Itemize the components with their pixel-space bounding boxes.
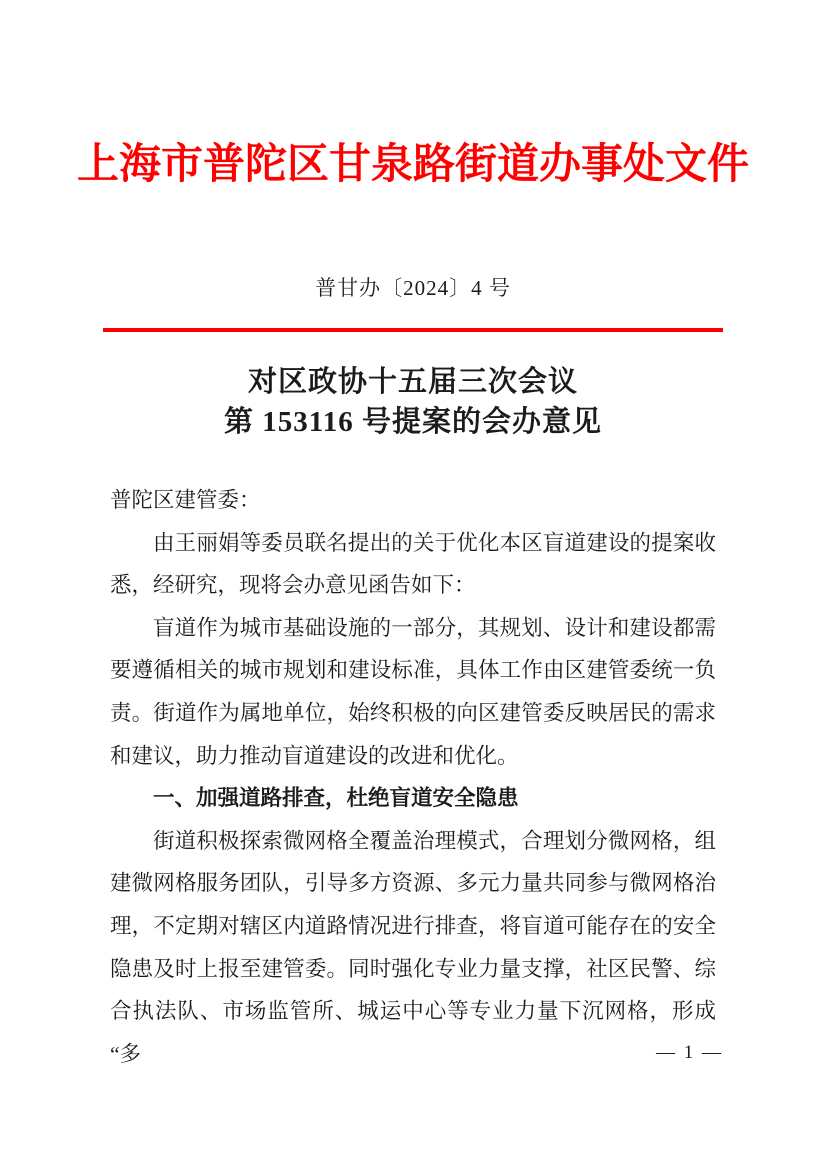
document-body: 普陀区建管委： 由王丽娟等委员联名提出的关于优化本区盲道建设的提案收悉，经研究，… <box>110 479 716 1075</box>
section-1-heading: 一、加强道路排查，杜绝盲道安全隐患 <box>110 777 716 820</box>
paragraph-background: 盲道作为城市基础设施的一部分，其规划、设计和建设都需要遵循相关的城市规划和建设标… <box>110 607 716 777</box>
document-title-line2: 第 153116 号提案的会办意见 <box>0 402 826 442</box>
letterhead-red-rule <box>103 328 723 332</box>
salutation: 普陀区建管委： <box>110 479 716 522</box>
document-reference-number: 普甘办〔2024〕4 号 <box>0 274 826 302</box>
document-page: 上海市普陀区甘泉路街道办事处文件 普甘办〔2024〕4 号 对区政协十五届三次会… <box>0 0 826 1169</box>
paragraph-intro: 由王丽娟等委员联名提出的关于优化本区盲道建设的提案收悉，经研究，现将会办意见函告… <box>110 522 716 607</box>
letterhead-org-title: 上海市普陀区甘泉路街道办事处文件 <box>0 141 826 187</box>
page-number: — 1 — <box>103 1040 723 1066</box>
document-title-line1: 对区政协十五届三次会议 <box>0 362 826 402</box>
document-title: 对区政协十五届三次会议 第 153116 号提案的会办意见 <box>0 362 826 442</box>
paragraph-section-1: 街道积极探索微网格全覆盖治理模式，合理划分微网格，组建微网格服务团队，引导多方资… <box>110 820 716 1076</box>
